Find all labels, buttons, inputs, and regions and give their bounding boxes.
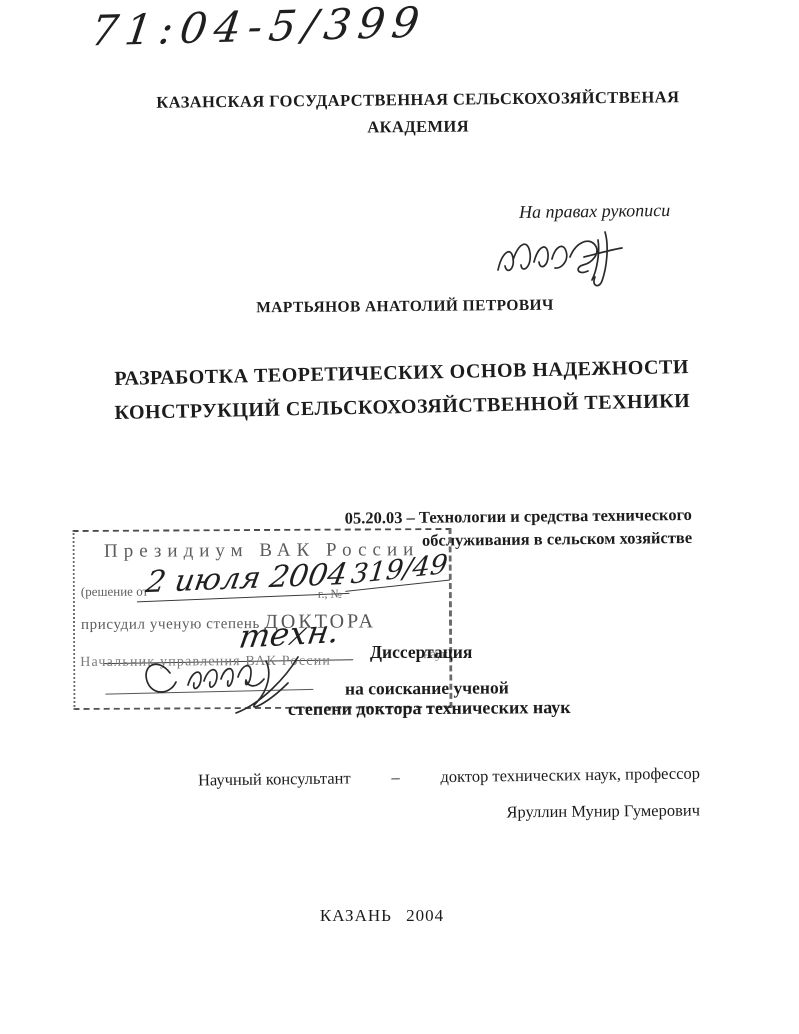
stamp-decision-middle: г., № [318,587,342,602]
dissertation-label: Диссертация [370,642,472,663]
dissertation-purpose-line1: на соискание ученой [345,677,509,699]
consultant-label: Научный консультант [198,768,351,790]
manuscript-rights-note: На правах рукописи [519,200,670,223]
dissertation-title: РАЗРАБОТКА ТЕОРЕТИЧЕСКИХ ОСНОВ НАДЕЖНОСТ… [41,348,762,431]
call-number-handwritten: 71:04-5/399 [88,0,429,55]
stamp-degree-field-handwritten: техн. [237,612,342,656]
author-name: МАРТЬЯНОВ АНАТОЛИЙ ПЕТРОВИЧ [45,295,765,319]
dissertation-title-page: 71:04-5/399 КАЗАНСКАЯ ГОСУДАРСТВЕННАЯ СЕ… [0,0,799,1034]
city-year: КАЗАНЬ 2004 [42,906,722,926]
dissertation-purpose-line2: степени доктора технических наук [288,697,571,720]
author-signature [492,226,657,292]
consultant-degree: доктор технических наук, профессор [440,763,700,787]
institution-header: КАЗАНСКАЯ ГОСУДАРСТВЕННАЯ СЕЛЬСКОХОЗЯЙСТ… [56,82,781,144]
stamp-award-text: присудил ученую степень [81,616,260,633]
consultant-row: Научный консультант – доктор технических… [198,763,700,790]
consultant-dash: – [391,768,400,788]
consultant-name: Яруллин Мунир Гумерович [400,800,700,823]
